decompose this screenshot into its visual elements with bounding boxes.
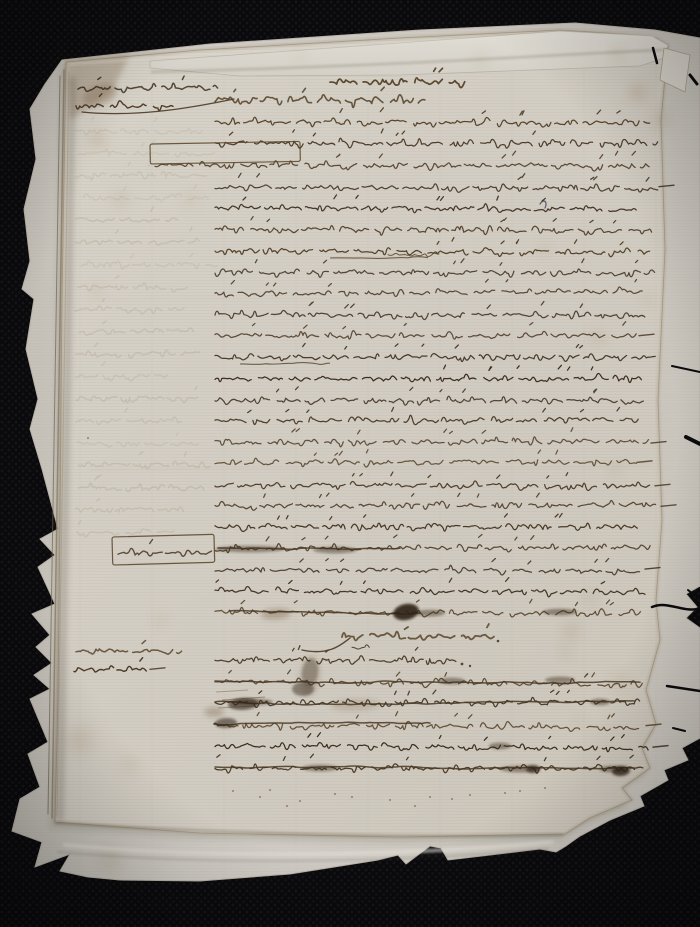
photo-vignette [0,0,700,927]
manuscript-photograph [0,0,700,927]
manuscript-photo-canvas [0,0,700,927]
vignette-overlay [0,0,700,927]
